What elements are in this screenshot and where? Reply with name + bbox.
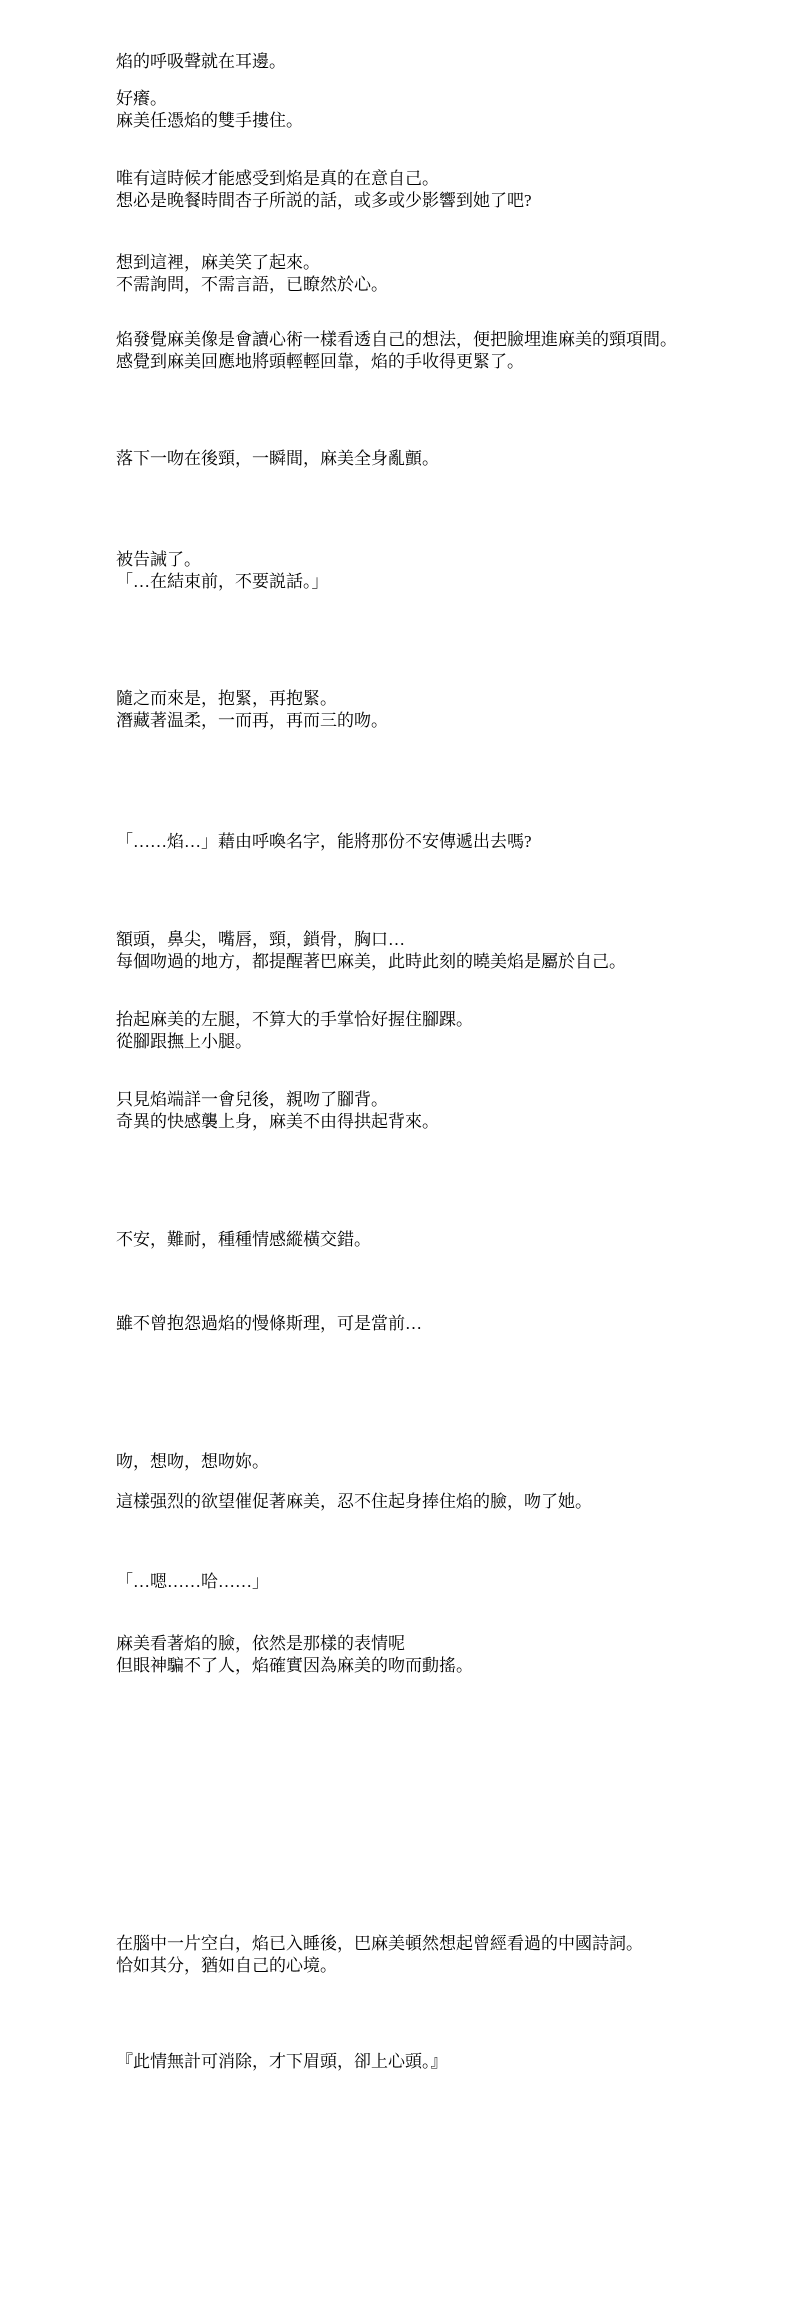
paragraph: 想到這裡，麻美笑了起來。 不需詢問，不需言語，已瞭然於心。: [116, 252, 388, 296]
text-line: 想必是晚餐時間杏子所説的話，或多或少影響到她了吧?: [116, 190, 532, 212]
text-line: 不安，難耐，種種情感縱橫交錯。: [116, 1229, 371, 1251]
text-line: 不需詢問，不需言語，已瞭然於心。: [116, 274, 388, 296]
paragraph: 抬起麻美的左腿，不算大的手掌恰好握住腳踝。 從腳跟撫上小腿。: [116, 1009, 473, 1053]
text-line: 雖不曾抱怨過焰的慢條斯理，可是當前…: [116, 1313, 422, 1335]
paragraph: 焰發覺麻美像是會讀心術一樣看透自己的想法，便把臉埋進麻美的頸項間。 感覺到麻美回…: [116, 329, 677, 373]
paragraph: 好癢。 麻美任憑焰的雙手摟住。: [116, 88, 303, 132]
text-line: 額頭，鼻尖，嘴唇，頸，鎖骨，胸口…: [116, 929, 626, 951]
text-line: 吻，想吻，想吻妳。: [116, 1451, 269, 1473]
paragraph: 這樣强烈的欲望催促著麻美，忍不住起身捧住焰的臉，吻了她。: [116, 1491, 592, 1513]
text-line: 抬起麻美的左腿，不算大的手掌恰好握住腳踝。: [116, 1009, 473, 1031]
text-line: 隨之而來是，抱緊，再抱緊。: [116, 688, 388, 710]
text-line: 在腦中一片空白，焰已入睡後，巴麻美頓然想起曾經看過的中國詩詞。: [116, 1933, 643, 1955]
paragraph: 落下一吻在後頸，一瞬間，麻美全身亂顫。: [116, 448, 439, 470]
text-line: 焰的呼吸聲就在耳邊。: [116, 51, 286, 73]
paragraph: 麻美看著焰的臉，依然是那樣的表情呢 但眼神騙不了人，焰確實因為麻美的吻而動搖。: [116, 1633, 473, 1677]
paragraph: 吻，想吻，想吻妳。: [116, 1451, 269, 1473]
text-line: 潛藏著温柔，一而再，再而三的吻。: [116, 710, 388, 732]
document-page: 焰的呼吸聲就在耳邊。 好癢。 麻美任憑焰的雙手摟住。 唯有這時候才能感受到焰是真…: [0, 0, 800, 2300]
text-line: 「……焰…」藉由呼喚名字，能將那份不安傳遞出去嗎?: [116, 831, 532, 853]
paragraph: 隨之而來是，抱緊，再抱緊。 潛藏著温柔，一而再，再而三的吻。: [116, 688, 388, 732]
paragraph: 焰的呼吸聲就在耳邊。: [116, 51, 286, 73]
text-line: 只見焰端詳一會兒後，親吻了腳背。: [116, 1089, 439, 1111]
text-line: 好癢。: [116, 88, 303, 110]
text-line: 焰發覺麻美像是會讀心術一樣看透自己的想法，便把臉埋進麻美的頸項間。: [116, 329, 677, 351]
text-line: 恰如其分，猶如自己的心境。: [116, 1955, 643, 1977]
text-line: 『此情無計可消除，才下眉頭，卻上心頭。』: [116, 2051, 448, 2073]
text-line: 麻美任憑焰的雙手摟住。: [116, 110, 303, 132]
paragraph: 唯有這時候才能感受到焰是真的在意自己。 想必是晚餐時間杏子所説的話，或多或少影響…: [116, 168, 532, 212]
text-line: 唯有這時候才能感受到焰是真的在意自己。: [116, 168, 532, 190]
text-line: 但眼神騙不了人，焰確實因為麻美的吻而動搖。: [116, 1655, 473, 1677]
text-line: 落下一吻在後頸，一瞬間，麻美全身亂顫。: [116, 448, 439, 470]
paragraph: 雖不曾抱怨過焰的慢條斯理，可是當前…: [116, 1313, 422, 1335]
text-line: 每個吻過的地方，都提醒著巴麻美，此時此刻的曉美焰是屬於自己。: [116, 951, 626, 973]
paragraph: 「…嗯……哈……」: [116, 1571, 269, 1593]
paragraph: 在腦中一片空白，焰已入睡後，巴麻美頓然想起曾經看過的中國詩詞。 恰如其分，猶如自…: [116, 1933, 643, 1977]
paragraph: 只見焰端詳一會兒後，親吻了腳背。 奇異的快感襲上身，麻美不由得拱起背來。: [116, 1089, 439, 1133]
text-line: 麻美看著焰的臉，依然是那樣的表情呢: [116, 1633, 473, 1655]
paragraph: 額頭，鼻尖，嘴唇，頸，鎖骨，胸口… 每個吻過的地方，都提醒著巴麻美，此時此刻的曉…: [116, 929, 626, 973]
paragraph: 被告誡了。 「…在結束前，不要説話。」: [116, 549, 329, 593]
text-line: 這樣强烈的欲望催促著麻美，忍不住起身捧住焰的臉，吻了她。: [116, 1491, 592, 1513]
text-line: 被告誡了。: [116, 549, 329, 571]
text-line: 奇異的快感襲上身，麻美不由得拱起背來。: [116, 1111, 439, 1133]
paragraph: 『此情無計可消除，才下眉頭，卻上心頭。』: [116, 2051, 448, 2073]
text-line: 感覺到麻美回應地將頭輕輕回靠，焰的手收得更緊了。: [116, 351, 677, 373]
text-line: 「…嗯……哈……」: [116, 1571, 269, 1593]
text-line: 想到這裡，麻美笑了起來。: [116, 252, 388, 274]
paragraph: 不安，難耐，種種情感縱橫交錯。: [116, 1229, 371, 1251]
text-line: 「…在結束前，不要説話。」: [116, 571, 329, 593]
text-line: 從腳跟撫上小腿。: [116, 1031, 473, 1053]
paragraph: 「……焰…」藉由呼喚名字，能將那份不安傳遞出去嗎?: [116, 831, 532, 853]
